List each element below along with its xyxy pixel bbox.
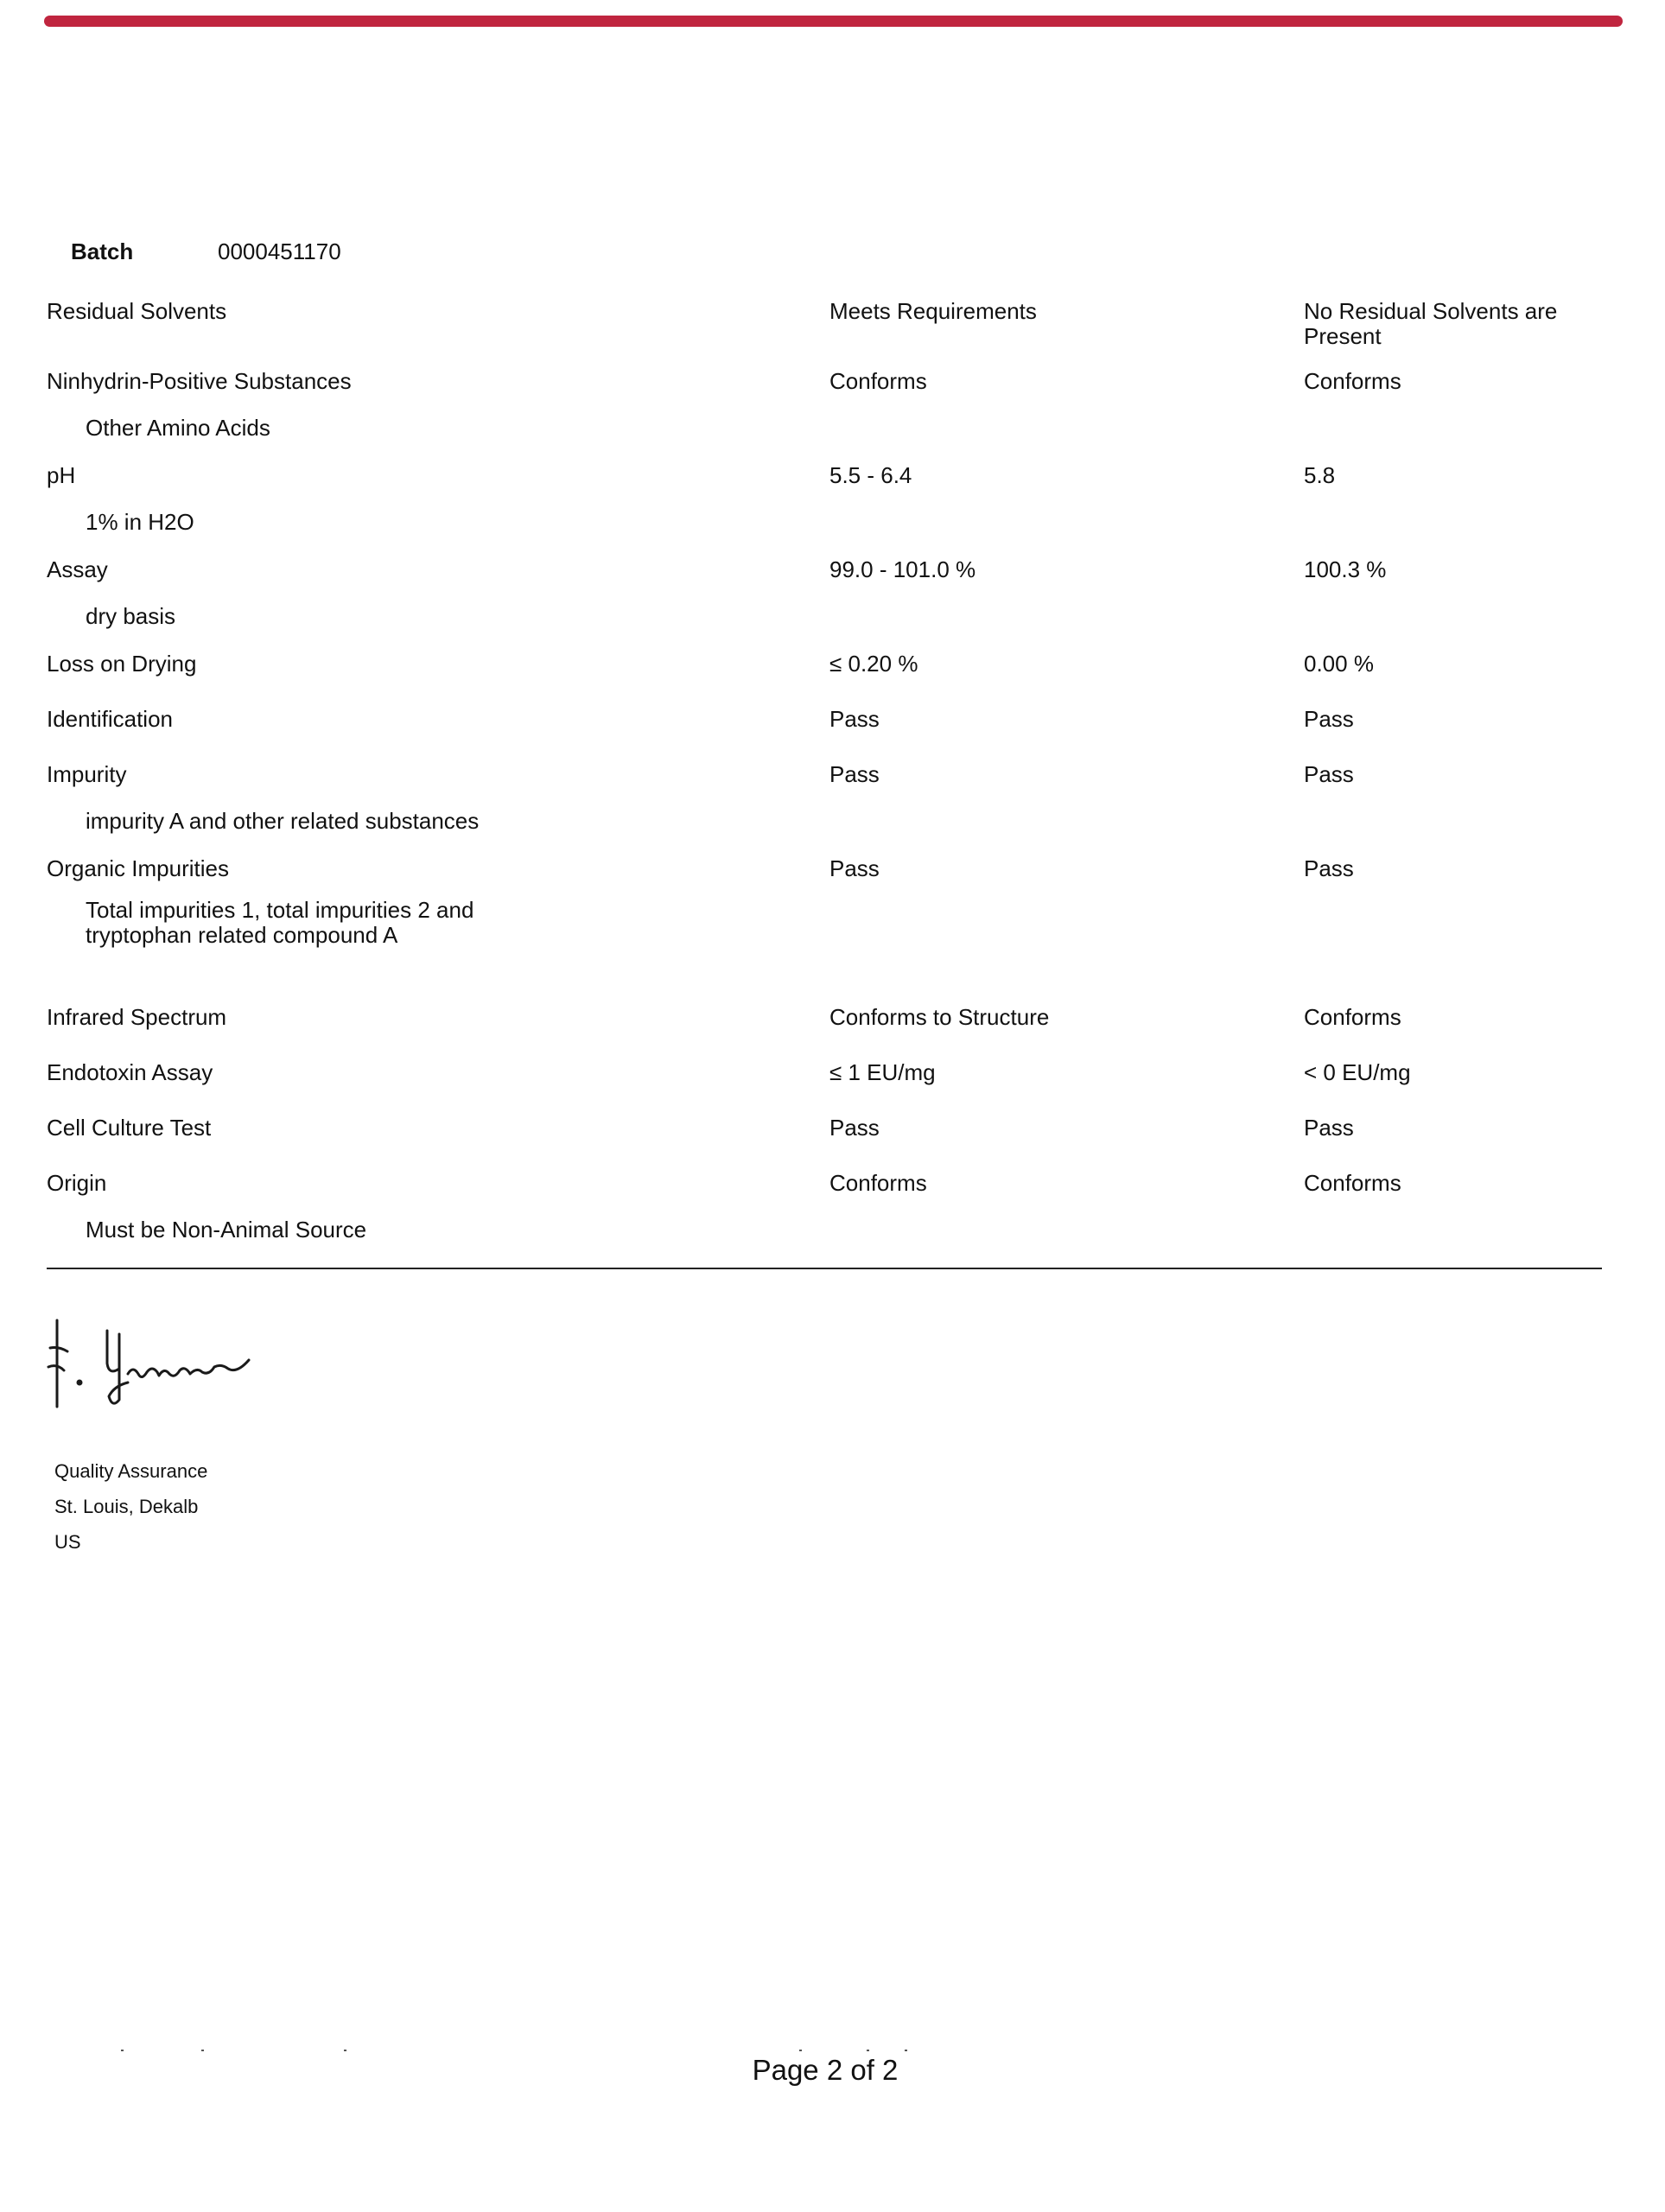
test-result: 0.00 % <box>1304 652 1598 677</box>
test-specification: Meets Requirements <box>829 299 1261 324</box>
test-specification: Pass <box>829 707 1261 732</box>
test-specification: Pass <box>829 856 1261 881</box>
test-condition: 1% in H2O <box>86 510 569 535</box>
table-row: Infrared SpectrumConforms to StructureCo… <box>47 1005 1602 1060</box>
table-row: Ninhydrin-Positive SubstancesConformsCon… <box>47 369 1602 463</box>
test-specification: 5.5 - 6.4 <box>829 463 1261 488</box>
table-row: Assay99.0 - 101.0 %100.3 %dry basis <box>47 557 1602 652</box>
test-results-table: Residual SolventsMeets RequirementsNo Re… <box>47 299 1602 1240</box>
test-result: 5.8 <box>1304 463 1598 488</box>
test-specification: ≤ 0.20 % <box>829 652 1261 677</box>
test-specification: Pass <box>829 1116 1261 1141</box>
test-condition: Must be Non-Animal Source <box>86 1217 569 1243</box>
table-row: Endotoxin Assay≤ 1 EU/mg< 0 EU/mg <box>47 1060 1602 1116</box>
test-result: 100.3 % <box>1304 557 1598 582</box>
test-result: Pass <box>1304 1116 1598 1141</box>
test-result: Conforms <box>1304 1171 1598 1196</box>
test-result: Pass <box>1304 762 1598 787</box>
test-name: Assay <box>47 557 790 582</box>
signer-location: St. Louis, Dekalb <box>54 1489 207 1524</box>
table-row: OriginConformsConformsMust be Non-Animal… <box>47 1171 1602 1240</box>
test-name: Identification <box>47 707 790 732</box>
test-condition: Total impurities 1, total impurities 2 a… <box>86 898 569 948</box>
test-name: Residual Solvents <box>47 299 790 324</box>
signer-department: Quality Assurance <box>54 1453 207 1489</box>
test-name: Ninhydrin-Positive Substances <box>47 369 790 394</box>
test-specification: Conforms to Structure <box>829 1005 1261 1030</box>
table-row: Cell Culture TestPassPass <box>47 1116 1602 1171</box>
test-name: Infrared Spectrum <box>47 1005 790 1030</box>
test-name: Origin <box>47 1171 790 1196</box>
footer-truncated-text <box>0 2050 1665 2053</box>
test-condition: dry basis <box>86 604 569 629</box>
page-number: Page 2 of 2 <box>0 2054 1650 2087</box>
table-row: Organic ImpuritiesPassPassTotal impuriti… <box>47 856 1602 1005</box>
test-result: < 0 EU/mg <box>1304 1060 1598 1085</box>
test-name: Loss on Drying <box>47 652 790 677</box>
test-specification: Pass <box>829 762 1261 787</box>
test-specification: Conforms <box>829 1171 1261 1196</box>
test-specification: Conforms <box>829 369 1261 394</box>
table-row: Loss on Drying≤ 0.20 %0.00 % <box>47 652 1602 707</box>
test-result: Conforms <box>1304 1005 1598 1030</box>
test-condition: Other Amino Acids <box>86 416 569 441</box>
test-name: Cell Culture Test <box>47 1116 790 1141</box>
batch-number: 0000451170 <box>218 238 341 265</box>
batch-label: Batch <box>71 238 133 265</box>
divider-line <box>47 1268 1602 1269</box>
test-name: Endotoxin Assay <box>47 1060 790 1085</box>
signer-country: US <box>54 1524 207 1560</box>
table-row: pH5.5 - 6.45.81% in H2O <box>47 463 1602 557</box>
signer-block: Quality Assurance St. Louis, Dekalb US <box>54 1453 207 1560</box>
table-row: Residual SolventsMeets RequirementsNo Re… <box>47 299 1602 369</box>
test-result: Conforms <box>1304 369 1598 394</box>
table-row: IdentificationPassPass <box>47 707 1602 762</box>
test-name: Organic Impurities <box>47 856 790 881</box>
test-specification: 99.0 - 101.0 % <box>829 557 1261 582</box>
table-row: ImpurityPassPassimpurity A and other rel… <box>47 762 1602 856</box>
test-name: pH <box>47 463 790 488</box>
test-result: Pass <box>1304 856 1598 881</box>
signature-icon <box>45 1313 270 1417</box>
test-result: Pass <box>1304 707 1598 732</box>
brand-accent-bar <box>44 16 1623 27</box>
test-result: No Residual Solvents are Present <box>1304 299 1598 349</box>
test-specification: ≤ 1 EU/mg <box>829 1060 1261 1085</box>
test-name: Impurity <box>47 762 790 787</box>
test-condition: impurity A and other related substances <box>86 809 569 834</box>
